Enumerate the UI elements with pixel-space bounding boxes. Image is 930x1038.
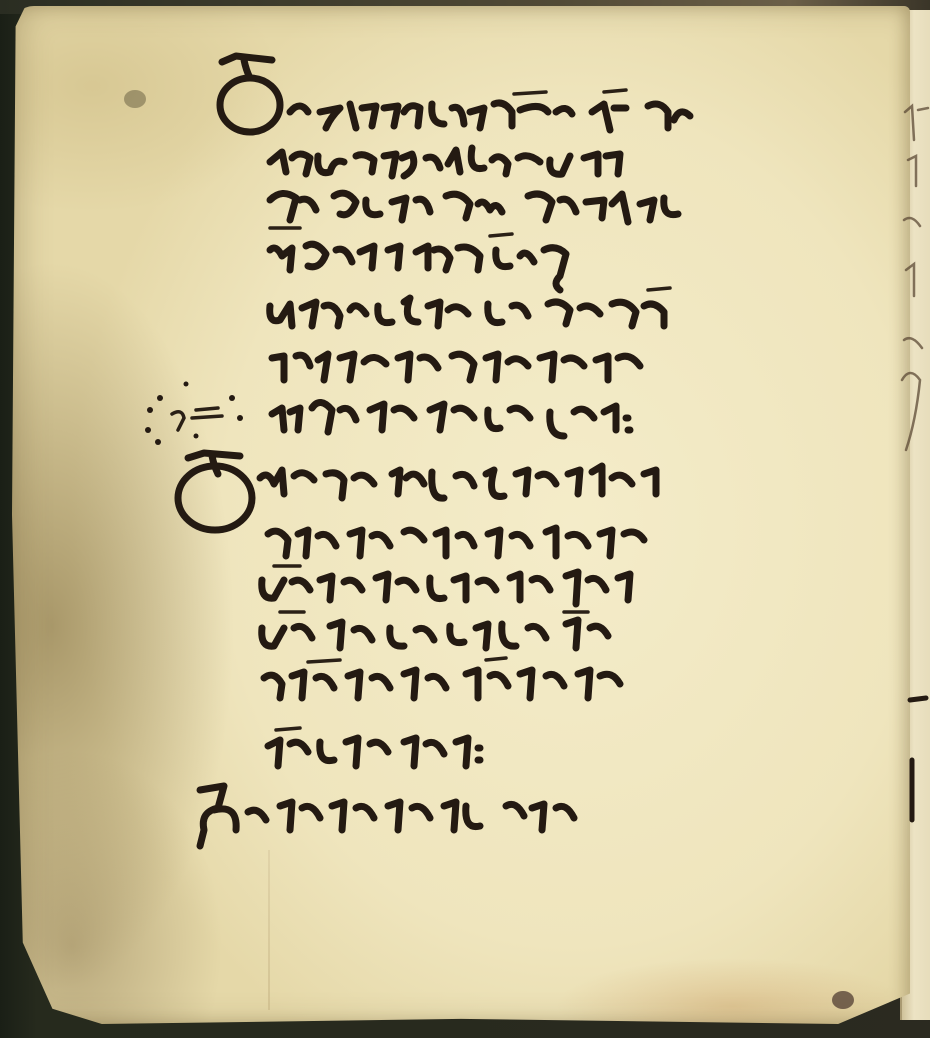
text-line-4 [270, 234, 566, 290]
text-line-3 [270, 193, 678, 228]
text-line-1 [290, 90, 690, 130]
initial-capital-3 [200, 786, 236, 846]
marginal-mark [145, 382, 243, 446]
manuscript-text [0, 0, 930, 1038]
initial-capital-2 [178, 453, 252, 530]
text-line-13 [268, 728, 480, 766]
text-line-9 [268, 528, 644, 556]
text-line-11 [262, 612, 608, 648]
text-line-2 [270, 148, 620, 176]
text-line-8 [260, 466, 656, 498]
text-line-5 [270, 288, 670, 326]
text-line-7 [272, 402, 630, 436]
text-line-6 [272, 354, 640, 380]
facing-page-script [902, 106, 928, 820]
text-line-14 [248, 802, 574, 830]
text-line-12 [264, 658, 620, 698]
initial-capital-1 [220, 56, 280, 132]
text-line-10 [262, 566, 630, 604]
